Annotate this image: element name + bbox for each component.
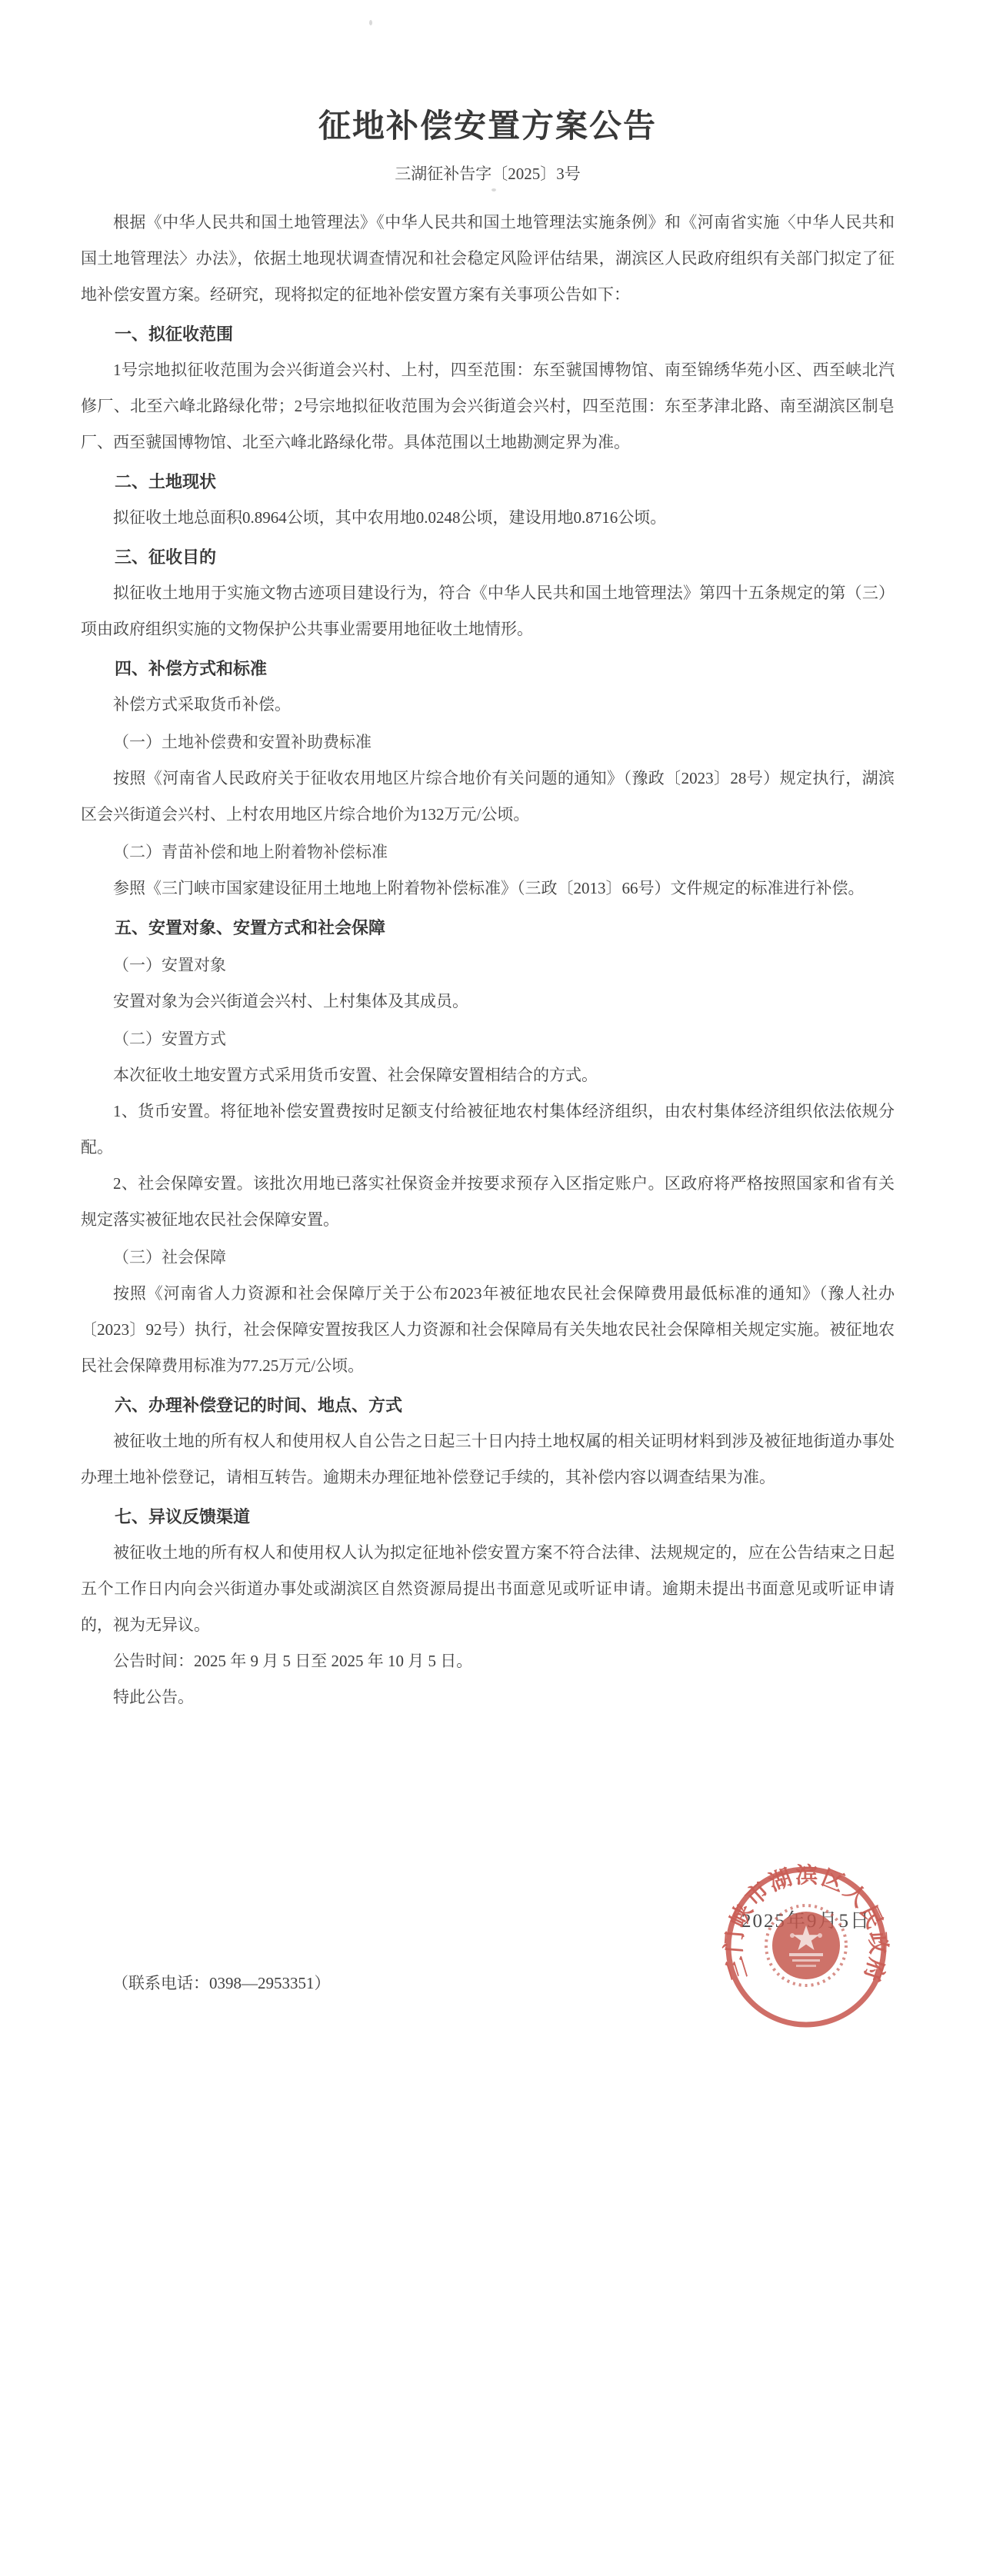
paragraph: 补偿方式采取货币补偿。 xyxy=(81,687,895,723)
scan-speck xyxy=(369,20,372,25)
subsection-heading: （一）安置对象 xyxy=(81,947,895,983)
announcement-body: 征地补偿安置方案公告 三湖征补告字〔2025〕3号 根据《中华人民共和国土地管理… xyxy=(81,106,895,1716)
intro-paragraph: 根据《中华人民共和国土地管理法》《中华人民共和国土地管理法实施条例》和《河南省实… xyxy=(81,205,895,313)
paragraph: 1、货币安置。将征地补偿安置费按时足额支付给被征地农村集体经济组织，由农村集体经… xyxy=(81,1093,895,1166)
section-heading: 二、土地现状 xyxy=(81,464,895,500)
paragraph: 1号宗地拟征收范围为会兴街道会兴村、上村，四至范围：东至虢国博物馆、南至锦绣华苑… xyxy=(81,352,895,461)
section-heading: 七、异议反馈渠道 xyxy=(81,1499,895,1535)
page-title: 征地补偿安置方案公告 xyxy=(81,106,895,146)
paragraph: 安置对象为会兴街道会兴村、上村集体及其成员。 xyxy=(81,983,895,1020)
section-heading: 六、办理补偿登记的时间、地点、方式 xyxy=(81,1387,895,1423)
subsection-heading: （二）安置方式 xyxy=(81,1021,895,1057)
subsection-heading: （三）社会保障 xyxy=(81,1240,895,1276)
closing-block: 公告时间：2025 年 9 月 5 日至 2025 年 10 月 5 日。 特此… xyxy=(81,1643,895,1716)
section-heading: 四、补偿方式和标准 xyxy=(81,651,895,687)
subsection-heading: （一）土地补偿费和安置补助费标准 xyxy=(81,724,895,760)
closing-statement: 特此公告。 xyxy=(81,1679,895,1716)
official-seal: 三门峡市湖滨区人民政府 xyxy=(721,1862,891,2032)
section-heading: 三、征收目的 xyxy=(81,539,895,575)
paragraph: 被征收土地的所有权人和使用权人认为拟定征地补偿安置方案不符合法律、法规规定的，应… xyxy=(81,1535,895,1643)
subsection-heading: （二）青苗补偿和地上附着物补偿标准 xyxy=(81,834,895,870)
paragraph: 拟征收土地用于实施文物古迹项目建设行为，符合《中华人民共和国土地管理法》第四十五… xyxy=(81,575,895,647)
contact-phone: （联系电话：0398—2953351） xyxy=(112,1965,331,2002)
paragraph: 拟征收土地总面积0.8964公顷，其中农用地0.0248公顷，建设用地0.871… xyxy=(81,500,895,536)
body-text: 根据《中华人民共和国土地管理法》《中华人民共和国土地管理法实施条例》和《河南省实… xyxy=(81,205,895,1716)
section-heading: 一、拟征收范围 xyxy=(81,316,895,352)
document-page: 征地补偿安置方案公告 三湖征补告字〔2025〕3号 根据《中华人民共和国土地管理… xyxy=(0,0,983,2576)
paragraph: 参照《三门峡市国家建设征用土地地上附着物补偿标准》（三政〔2013〕66号）文件… xyxy=(81,870,895,907)
sections-container: 一、拟征收范围1号宗地拟征收范围为会兴街道会兴村、上村，四至范围：东至虢国博物馆… xyxy=(81,316,895,1643)
paragraph: 2、社会保障安置。该批次用地已落实社保资金并按要求预存入区指定账户。区政府将严格… xyxy=(81,1166,895,1238)
paragraph: 本次征收土地安置方式采用货币安置、社会保障安置相结合的方式。 xyxy=(81,1057,895,1093)
paragraph: 被征收土地的所有权人和使用权人自公告之日起三十日内持土地权属的相关证明材料到涉及… xyxy=(81,1423,895,1496)
paragraph: 按照《河南省人民政府关于征收农用地区片综合地价有关问题的通知》（豫政〔2023〕… xyxy=(81,760,895,833)
section-heading: 五、安置对象、安置方式和社会保障 xyxy=(81,910,895,946)
national-emblem-icon xyxy=(766,1905,846,1985)
doc-number: 三湖征补告字〔2025〕3号 xyxy=(81,163,895,185)
paragraph: 按照《河南省人力资源和社会保障厅关于公布2023年被征地农民社会保障费用最低标准… xyxy=(81,1276,895,1384)
announcement-period: 公告时间：2025 年 9 月 5 日至 2025 年 10 月 5 日。 xyxy=(81,1643,895,1679)
